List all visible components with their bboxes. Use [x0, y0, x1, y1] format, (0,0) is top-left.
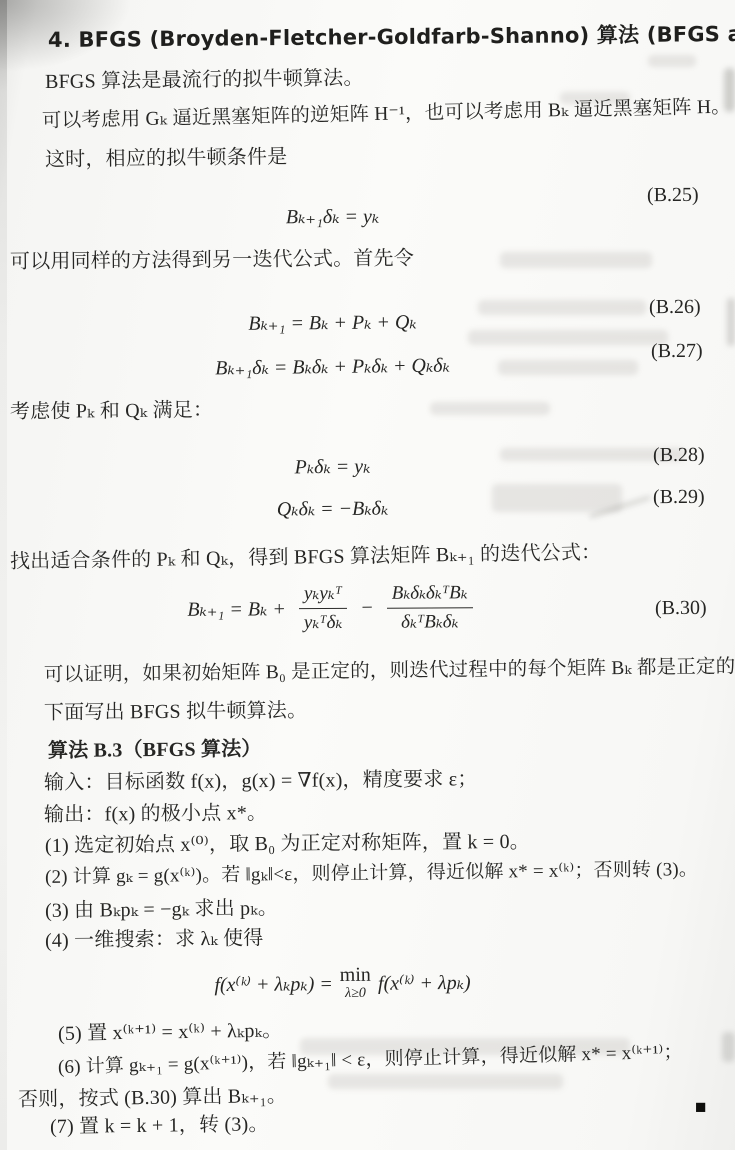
fraction-denominator: yₖᵀδₖ — [299, 609, 348, 634]
bleedthrough-artifact — [500, 252, 652, 268]
algorithm-title: 算法 B.3（BFGS 算法） — [48, 737, 262, 764]
paragraph: 考虑使 Pₖ 和 Qₖ 满足： — [10, 398, 213, 425]
section-heading: 4. BFGS (Broyden-Fletcher-Goldfarb-Shann… — [48, 20, 735, 53]
paragraph: 这时，相应的拟牛顿条件是 — [45, 145, 288, 173]
bleedthrough-artifact — [328, 1074, 563, 1089]
scanned-book-page: 4. BFGS (Broyden-Fletcher-Goldfarb-Shann… — [0, 0, 735, 1150]
algorithm-output: 输出：f(x) 的极小点 x*。 — [44, 801, 267, 828]
equation-b30: Bₖ₊₁ = Bₖ + yₖyₖᵀ yₖᵀδₖ − BₖδₖδₖᵀBₖ δₖᵀB… — [0, 581, 665, 635]
paragraph: 找出适合条件的 Pₖ 和 Qₖ，得到 BFGS 算法矩阵 Bₖ₊₁ 的迭代公式： — [10, 541, 602, 575]
line-search-equation: f(x⁽ᵏ⁾ + λₖpₖ) = min λ≥0 f(x⁽ᵏ⁾ + λpₖ) — [0, 962, 685, 1004]
fraction: BₖδₖδₖᵀBₖ δₖᵀBₖδₖ — [387, 582, 473, 633]
algorithm-input: 输入：目标函数 f(x)，g(x) = ∇f(x)，精度要求 ε； — [44, 767, 478, 796]
min-condition: λ≥0 — [345, 987, 366, 1001]
line-search-rhs: f(x⁽ᵏ⁾ + λpₖ) — [378, 969, 471, 995]
minus-operator: − — [360, 597, 374, 620]
min-operator-stack: min λ≥0 — [340, 965, 371, 1001]
fraction-denominator: δₖᵀBₖδₖ — [396, 608, 464, 633]
line-search-lhs: f(x⁽ᵏ⁾ + λₖpₖ) = — [214, 971, 333, 997]
paragraph: BFGS 算法是最流行的拟牛顿算法。 — [45, 66, 364, 95]
equation-b30-lhs: Bₖ₊₁ = Bₖ + — [187, 596, 286, 622]
algorithm-step-3: (3) 由 Bₖpₖ = −gₖ 求出 pₖ。 — [45, 896, 278, 924]
paragraph: 可以用同样的方法得到另一迭代公式。首先令 — [10, 246, 414, 275]
equation-b28: Pₖδₖ = yₖ — [0, 451, 665, 482]
algorithm-step-2: (2) 计算 gₖ = g(x⁽ᵏ⁾)。若 ‖gₖ‖<ε，则停止计算，得近似解 … — [45, 858, 698, 890]
page-edge-mark — [722, 1032, 735, 1062]
equation-b25: Bₖ₊₁δₖ = yₖ — [0, 202, 665, 230]
algorithm-step-7: (7) 置 k = k + 1，转 (3)。 — [50, 1112, 269, 1140]
equation-b27: Bₖ₊₁δₖ = Bₖδₖ + Pₖδₖ + Qₖδₖ — [0, 350, 665, 383]
page-edge-mark — [727, 298, 735, 346]
fraction-numerator: yₖyₖᵀ — [299, 583, 347, 609]
algorithm-step-4: (4) 一维搜索：求 λₖ 使得 — [45, 926, 264, 954]
algorithm-step-6-continuation: 否则，按式 (B.30) 算出 Bₖ₊₁。 — [18, 1084, 287, 1113]
fraction: yₖyₖᵀ yₖᵀδₖ — [299, 583, 348, 634]
fraction-numerator: BₖδₖδₖᵀBₖ — [387, 582, 473, 608]
paragraph: 可以考虑用 Gₖ 逼近黑塞矩阵的逆矩阵 H⁻¹，也可以考虑用 Bₖ 逼近黑塞矩阵… — [42, 96, 731, 135]
paragraph: 下面写出 BFGS 拟牛顿算法。 — [44, 699, 307, 726]
algorithm-step-1: (1) 选定初始点 x⁽⁰⁾，取 B₀ 为正定对称矩阵，置 k = 0。 — [45, 830, 530, 859]
end-of-algorithm-icon: ■ — [695, 1098, 706, 1117]
equation-b29: Qₖδₖ = −Bₖδₖ — [0, 493, 665, 524]
bleedthrough-artifact — [648, 55, 696, 67]
paragraph: 可以证明，如果初始矩阵 B₀ 是正定的，则迭代过程中的每个矩阵 Bₖ 都是正定的… — [44, 655, 735, 688]
min-operator: min — [340, 965, 371, 985]
bleedthrough-artifact — [430, 402, 550, 415]
algorithm-step-5: (5) 置 x⁽ᵏ⁺¹⁾ = x⁽ᵏ⁾ + λₖpₖ。 — [58, 1018, 283, 1047]
